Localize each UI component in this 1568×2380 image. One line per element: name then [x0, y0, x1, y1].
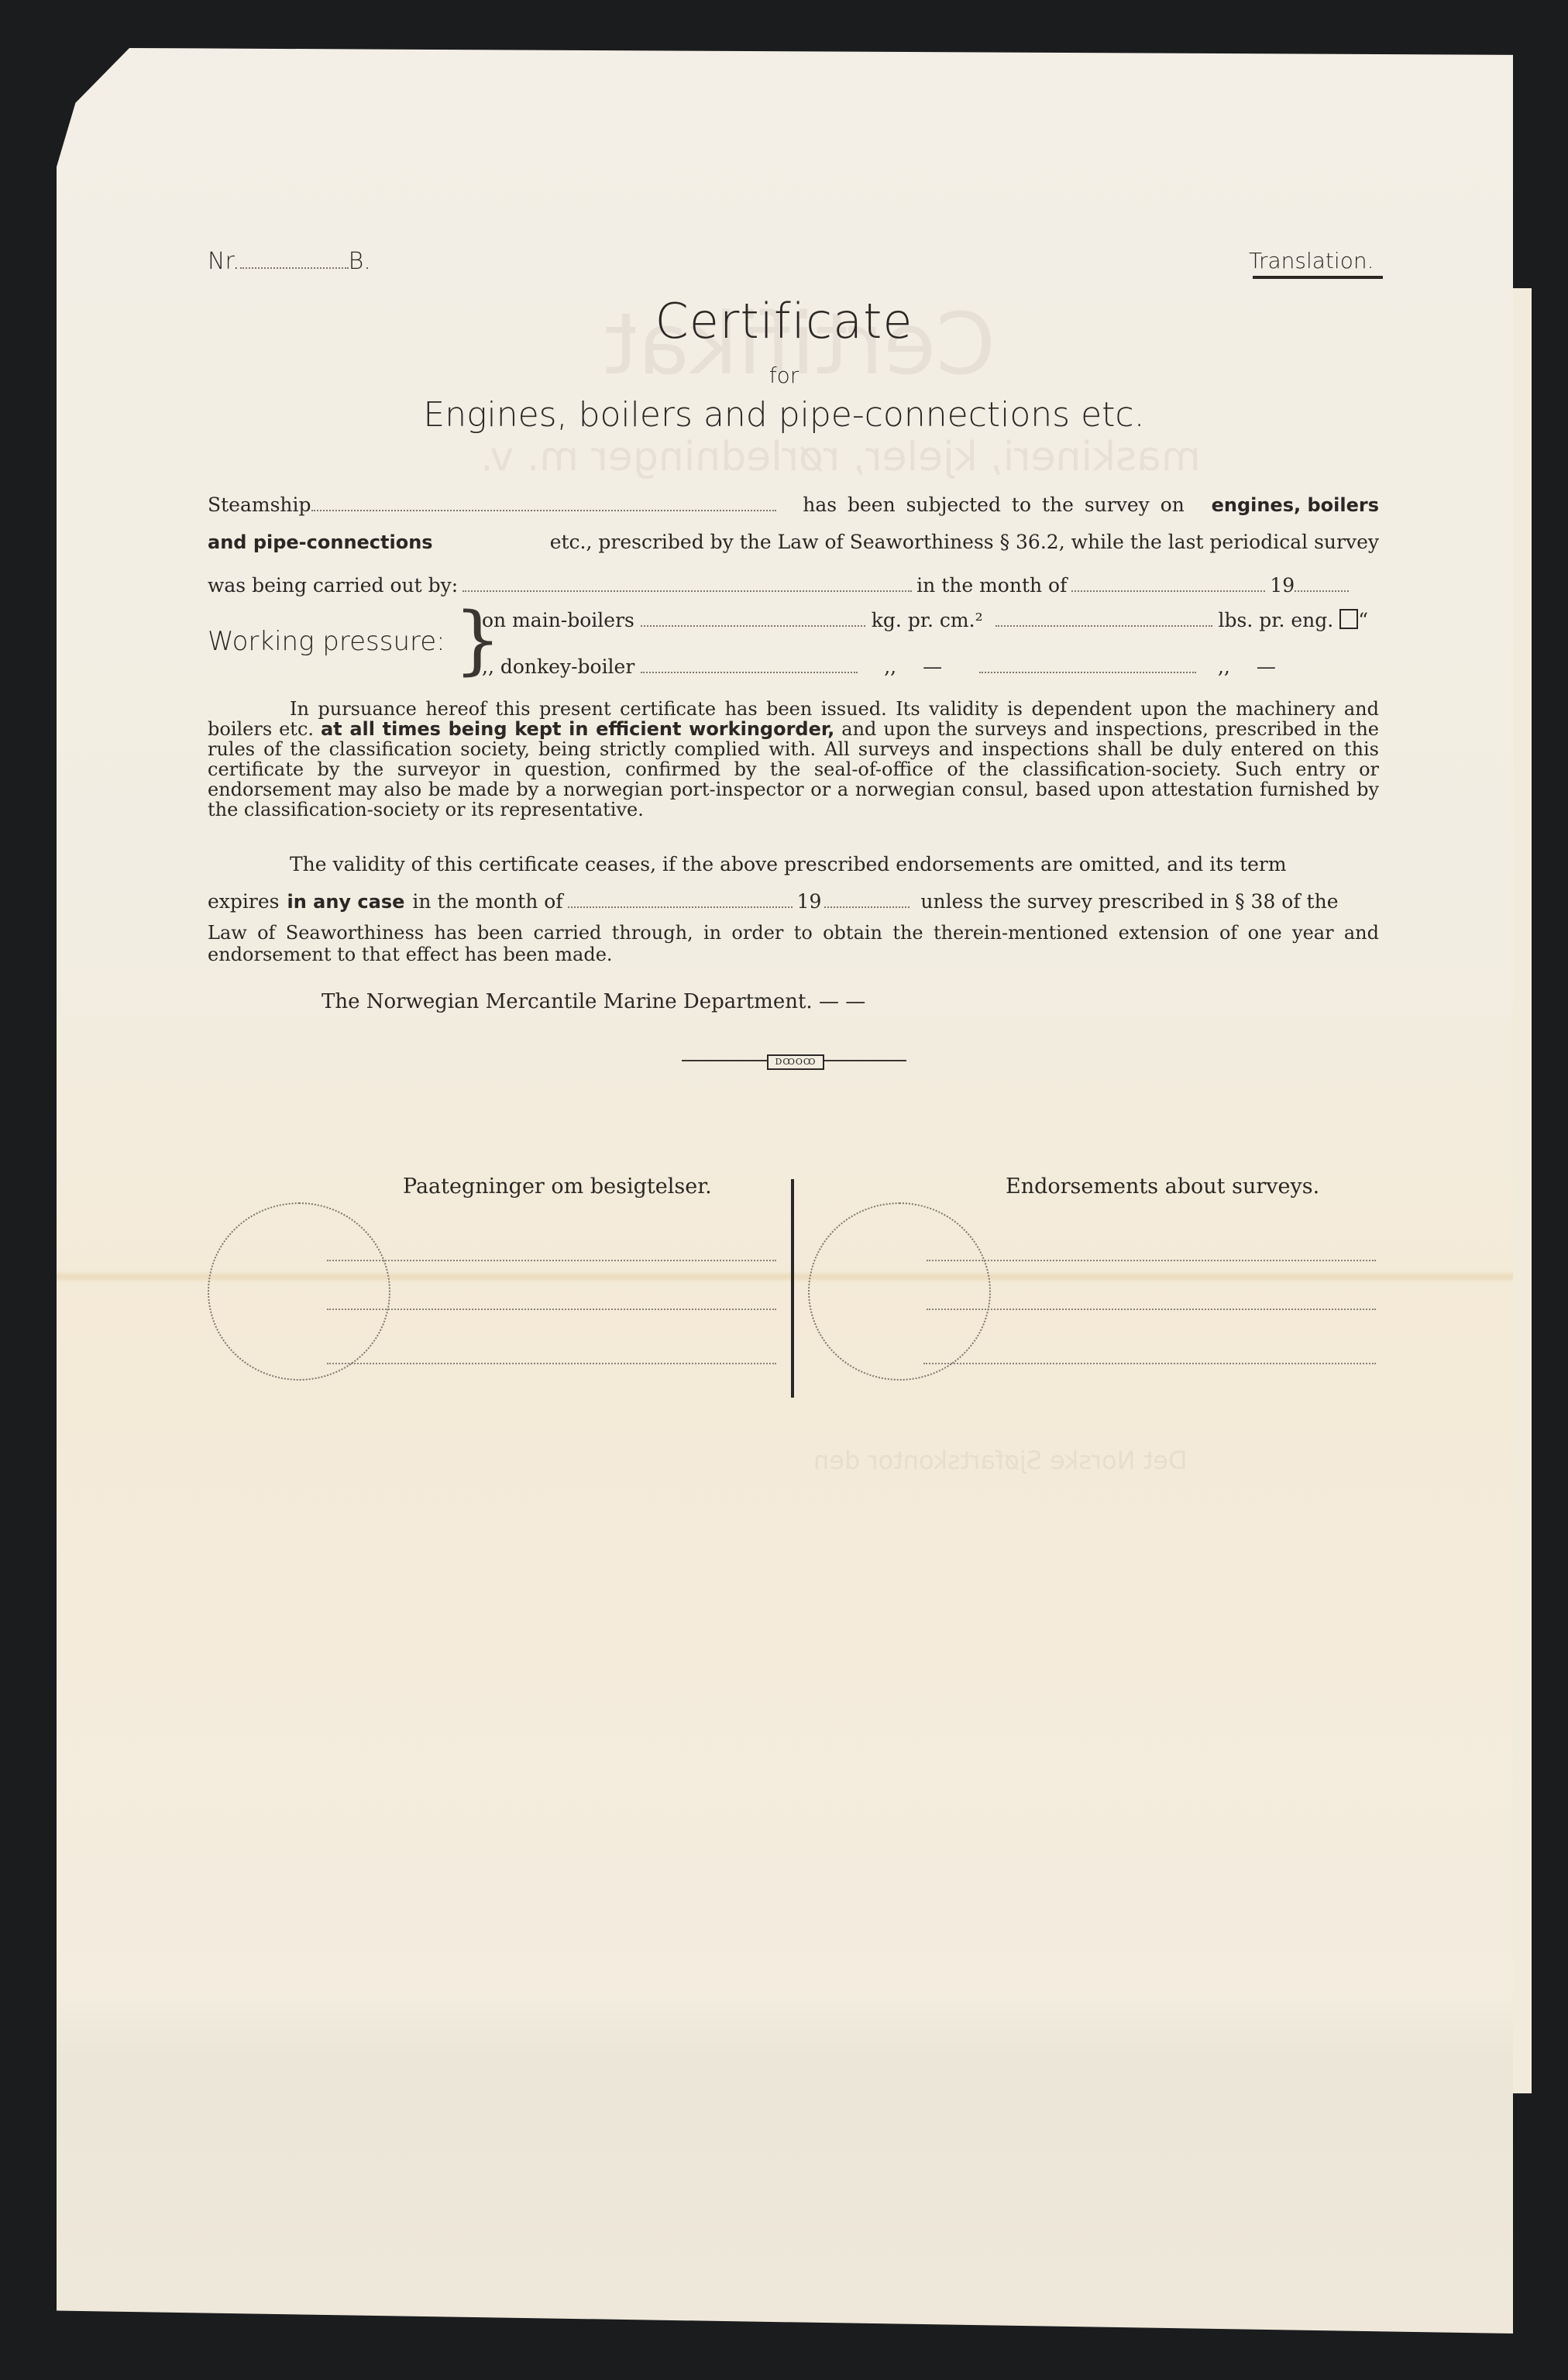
lbs-suffix: “: [1358, 609, 1368, 631]
ditto-mark-1: ,,: [884, 655, 896, 678]
signature-line-left-3[interactable]: [327, 1362, 776, 1364]
validity-paragraph: In pursuance hereof this present certifi…: [208, 699, 1379, 820]
donkey-boiler-kg-field[interactable]: [641, 671, 858, 673]
survey-month-field[interactable]: [1071, 590, 1265, 592]
expiry-year-prefix: 19: [797, 883, 822, 920]
ghost-footer: Det Norske Sjøfartskontor den: [813, 1446, 1188, 1475]
ditto-mark-2: ,,: [1218, 655, 1230, 678]
dash-1: —: [923, 655, 942, 678]
expiry-line: expires in any case in the month of 19 u…: [208, 883, 1379, 920]
endorsements-heading-norwegian: Paategninger om besigtelser.: [403, 1175, 712, 1199]
kg-unit: kg. pr. cm.²: [872, 609, 983, 631]
number-suffix: B.: [349, 248, 371, 275]
expiry-text-3: Law of Seaworthiness has been carried th…: [208, 922, 1379, 965]
carried-out-field[interactable]: [462, 590, 912, 592]
dash-2: —: [1257, 655, 1276, 678]
signature-line-left-2[interactable]: [327, 1308, 776, 1310]
main-boilers-label: on main-boilers: [482, 609, 634, 631]
steamship-field[interactable]: [311, 509, 776, 511]
working-pressure-label: Working pressure:: [208, 626, 445, 657]
survey-year-prefix: 19: [1270, 567, 1295, 604]
survey-text-2: etc., prescribed by the Law of Seaworthi…: [550, 524, 1379, 561]
translation-underline: [1253, 276, 1383, 279]
carried-out-label: was being carried out by:: [208, 567, 458, 604]
survey-paragraph: Steamship has been subjected to the surv…: [208, 487, 1379, 604]
signature-line-left-1[interactable]: [327, 1259, 776, 1261]
signature-line-right-1[interactable]: [927, 1259, 1376, 1261]
seal-placeholder-left[interactable]: [208, 1202, 390, 1381]
signature-line-right-3[interactable]: [923, 1362, 1376, 1364]
survey-year-field[interactable]: [1295, 590, 1349, 592]
survey-bold-1: engines, boilers: [1212, 487, 1379, 524]
number-field[interactable]: [240, 267, 349, 269]
ornament-icon: DꝎOꝎ: [767, 1054, 824, 1070]
certificate-title: Certificate: [0, 293, 1568, 349]
donkey-boiler-label: ,, donkey-boiler: [482, 655, 634, 678]
expiry-text-1: The validity of this certificate ceases,…: [208, 846, 1379, 883]
steamship-label: Steamship: [208, 494, 311, 516]
validity-bold: at all times being kept in efficient wor…: [321, 718, 834, 740]
issuer-department: The Norwegian Mercantile Marine Departme…: [322, 990, 865, 1013]
survey-month-label: in the month of: [916, 567, 1067, 604]
seal-placeholder-right[interactable]: [808, 1202, 991, 1381]
square-inch-box-icon: [1339, 609, 1358, 629]
expiry-year-field[interactable]: [824, 906, 910, 908]
translation-label: Translation.: [1249, 248, 1374, 273]
endorsements-heading-english: Endorsements about surveys.: [1006, 1175, 1319, 1199]
donkey-boiler-lbs-field[interactable]: [979, 671, 1196, 673]
survey-bold-2: and pipe-connections: [208, 524, 433, 561]
main-boilers-lbs-field[interactable]: [995, 624, 1212, 627]
expiry-month-label: in the month of: [412, 883, 562, 920]
donkey-boiler-row: ,, donkey-boiler ,, — ,, —: [482, 655, 1276, 678]
expiry-text-2: unless the survey prescribed in § 38 of …: [920, 883, 1338, 920]
certificate-number: Nr.B.: [208, 248, 371, 275]
survey-text-1: has been subjected to the survey on: [803, 487, 1185, 524]
expiry-month-field[interactable]: [568, 906, 793, 908]
signature-line-right-2[interactable]: [927, 1308, 1376, 1310]
main-boilers-row: on main-boilers kg. pr. cm.² lbs. pr. en…: [482, 609, 1368, 631]
lbs-unit: lbs. pr. eng.: [1219, 609, 1334, 631]
title-for: for: [0, 363, 1568, 388]
ghost-subtitle: maskineri, kjeler, rørledninger m. v.: [480, 434, 1201, 480]
expires-label: expires: [208, 883, 279, 920]
column-divider: [791, 1179, 794, 1398]
expiry-bold: in any case: [287, 883, 404, 920]
certificate-subtitle: Engines, boilers and pipe-connections et…: [0, 395, 1568, 435]
main-boilers-kg-field[interactable]: [641, 624, 865, 627]
number-label: Nr.: [208, 248, 240, 275]
